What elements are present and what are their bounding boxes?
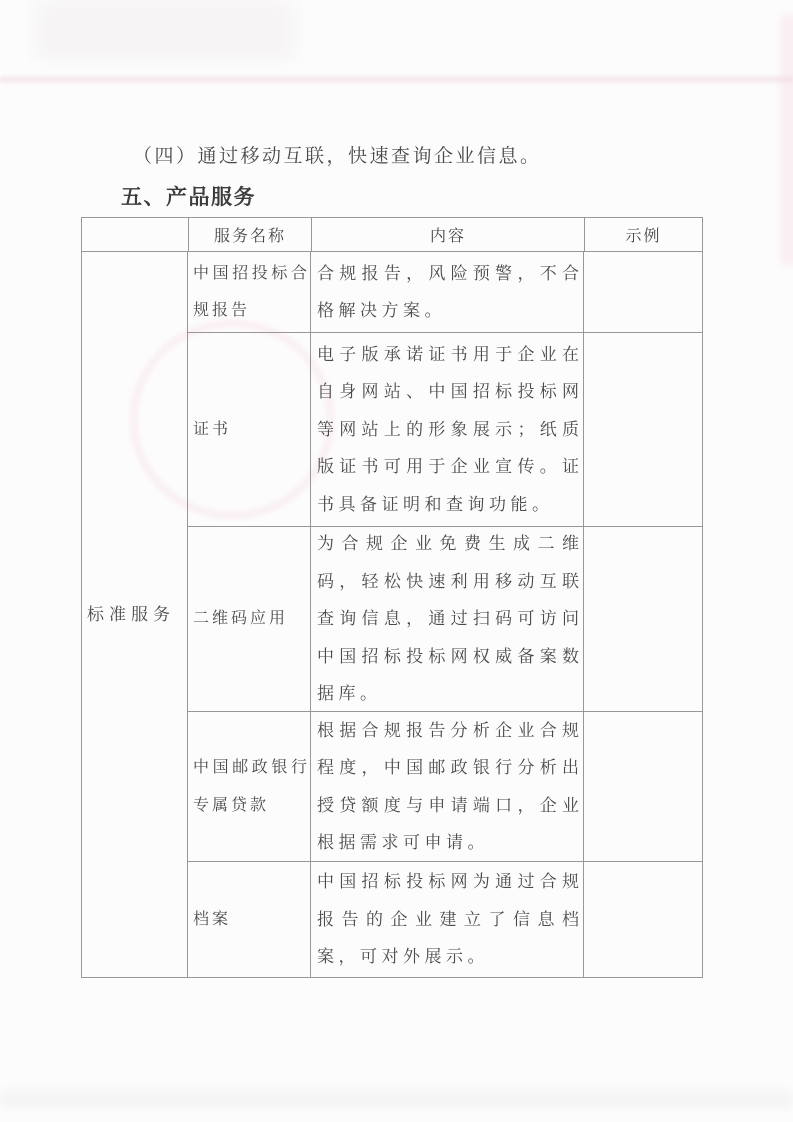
cell-text-line: 版证书可用于企业宣传。证 [317, 448, 579, 486]
cell-text-line: 书具备证明和查询功能。 [317, 486, 579, 524]
cell-text-line: 程度，中国邮政银行分析出 [317, 749, 579, 787]
table-row: 二维码应用为合规企业免费生成二维码，轻松快速利用移动互联查询信息，通过扫码可访问… [188, 527, 702, 712]
intro-paragraph: （四）通过移动互联，快速查询企业信息。 [133, 145, 542, 169]
header-content: 内容 [311, 218, 584, 251]
scan-artifact-smudge [35, 0, 295, 60]
scan-artifact-band [0, 74, 793, 85]
cell-text-line: 中国招标投标网权威备案数 [317, 638, 579, 676]
service-name-cell: 中国招投标合规报告 [188, 252, 311, 332]
cell-text-line: 合规报告，风险预警，不合 [317, 255, 579, 293]
header-corner-cell [82, 218, 188, 251]
header-example: 示例 [584, 218, 702, 251]
row-group-cell: 标准服务 [82, 252, 188, 977]
service-content-cell: 合规报告，风险预警，不合格解决方案。 [311, 252, 584, 332]
service-content-cell: 中国招标投标网为通过合规报告的企业建立了信息档案，可对外展示。 [311, 862, 584, 977]
cell-text-line: 等网站上的形象展示；纸质 [317, 411, 579, 449]
table-header-row: 服务名称 内容 示例 [82, 218, 702, 252]
service-content-cell: 根据合规报告分析企业合规程度，中国邮政银行分析出授贷额度与申请端口，企业根据需求… [311, 712, 584, 861]
cell-text-line: 为合规企业免费生成二维 [317, 527, 579, 563]
service-content-cell: 电子版承诺证书用于企业在自身网站、中国招标投标网等网站上的形象展示；纸质版证书可… [311, 333, 584, 526]
service-name-cell: 证书 [188, 333, 311, 526]
cell-text-line: 专属贷款 [193, 787, 307, 825]
cell-text-line: 案，可对外展示。 [317, 938, 579, 976]
cell-text-line: 二维码应用 [193, 600, 307, 638]
cell-text-line: 码，轻松快速利用移动互联 [317, 563, 579, 601]
cell-text-line: 中国招标投标网为通过合规 [317, 863, 579, 901]
products-table: 服务名称 内容 示例 标准服务 中国招投标合规报告合规报告，风险预警，不合格解决… [81, 217, 703, 978]
table-row: 中国邮政银行专属贷款根据合规报告分析企业合规程度，中国邮政银行分析出授贷额度与申… [188, 712, 702, 862]
cell-text-line: 报告的企业建立了信息档 [317, 901, 579, 939]
cell-text-line: 电子版承诺证书用于企业在 [317, 336, 579, 374]
service-name-cell: 档案 [188, 862, 311, 977]
service-name-cell: 中国邮政银行专属贷款 [188, 712, 311, 861]
table-body: 标准服务 中国招投标合规报告合规报告，风险预警，不合格解决方案。证书电子版承诺证… [82, 252, 702, 977]
cell-text-line: 根据需求可申请。 [317, 824, 579, 861]
cell-text-line: 查询信息，通过扫码可访问 [317, 600, 579, 638]
cell-text-line: 档案 [193, 901, 307, 939]
service-example-cell [584, 527, 702, 711]
service-example-cell [584, 862, 702, 977]
cell-text-line: 中国招投标合 [193, 255, 307, 293]
scan-artifact-edge [781, 15, 793, 265]
document-page: （四）通过移动互联，快速查询企业信息。 五、产品服务 服务名称 内容 示例 标准… [0, 0, 793, 1122]
cell-text-line: 证书 [193, 411, 307, 449]
cell-text-line: 中国邮政银行 [193, 749, 307, 787]
header-service-name: 服务名称 [188, 218, 311, 251]
service-example-cell [584, 333, 702, 526]
cell-text-line: 规报告 [193, 292, 307, 330]
service-example-cell [584, 712, 702, 861]
cell-text-line: 根据合规报告分析企业合规 [317, 712, 579, 749]
service-content-cell: 为合规企业免费生成二维码，轻松快速利用移动互联查询信息，通过扫码可访问中国招标投… [311, 527, 584, 711]
cell-text-line: 据库。 [317, 675, 579, 711]
service-example-cell [584, 252, 702, 332]
scan-artifact-noise [0, 1090, 793, 1108]
table-row: 档案中国招标投标网为通过合规报告的企业建立了信息档案，可对外展示。 [188, 862, 702, 977]
service-name-cell: 二维码应用 [188, 527, 311, 711]
cell-text-line: 自身网站、中国招标投标网 [317, 373, 579, 411]
cell-text-line: 授贷额度与申请端口，企业 [317, 787, 579, 825]
table-body-rows: 中国招投标合规报告合规报告，风险预警，不合格解决方案。证书电子版承诺证书用于企业… [188, 252, 702, 977]
cell-text-line: 格解决方案。 [317, 292, 579, 330]
table-row: 证书电子版承诺证书用于企业在自身网站、中国招标投标网等网站上的形象展示；纸质版证… [188, 333, 702, 527]
table-row: 中国招投标合规报告合规报告，风险预警，不合格解决方案。 [188, 252, 702, 333]
section-heading: 五、产品服务 [121, 184, 256, 210]
